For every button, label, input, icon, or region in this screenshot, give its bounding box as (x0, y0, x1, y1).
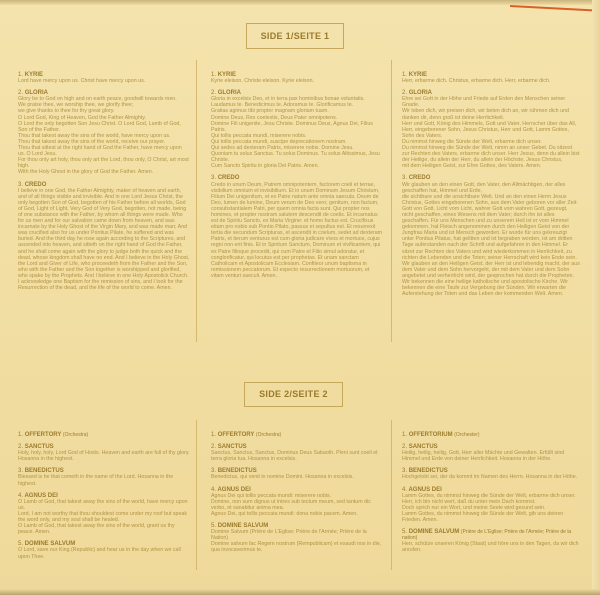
side1-latin-column: 1. KYRIEKyrie eleison. Christe eleison. … (211, 72, 383, 285)
track-title-text: BENEDICTUS (25, 468, 64, 474)
lyric-line: O Lamb of God, that takest away the sins… (18, 499, 190, 511)
track-title-text: OFFERTORY (218, 432, 255, 438)
track-offertory: 1. OFFERTORY (Orchestra) (18, 432, 190, 438)
column-divider (196, 60, 197, 342)
track-title-text: DOMINE SALVUM (218, 523, 269, 529)
track-number: 3. (18, 182, 23, 188)
track-number: 2. (402, 90, 407, 96)
track-gloria: 2. GLORIAGlory be to God on high and on … (18, 90, 190, 175)
lyric-line: mit dem Heiligen Geist, zur Ehre Gottes,… (402, 163, 580, 169)
track-sanctus: 2. SANCTUSHeilig, heilig, heilig, Gott, … (402, 444, 580, 462)
lyric-line: O Lord, save our King (Republic) and hea… (18, 547, 190, 559)
track-title-text: CREDO (25, 182, 47, 188)
lyric-line: Kyrie eleison. Christe eleison. Kyrie el… (211, 78, 383, 84)
track-number: 3. (402, 175, 407, 181)
track-number: 1. (402, 432, 407, 438)
track-kyrie: 1. KYRIEKyrie eleison. Christe eleison. … (211, 72, 383, 84)
lyric-line: visibilium omnium et invisibilium. Et in… (211, 188, 383, 279)
lyric-line: Herr, schütze unseren König (Staat) und … (402, 541, 580, 553)
lyric-line: Herr und Gott, König des Himmels, Gott u… (402, 121, 580, 139)
track-title-text: BENEDICTUS (218, 468, 257, 474)
track-note: (Orchestra) (256, 432, 281, 438)
track-title-text: SANCTUS (218, 444, 247, 450)
track-number: 2. (211, 444, 216, 450)
track-offertory: 1. OFFERTORY (Orchestra) (211, 432, 383, 438)
track-title: 1. OFFERTORY (Orchestra) (18, 432, 190, 438)
track-number: 3. (402, 468, 407, 474)
track-number: 4. (402, 487, 407, 493)
track-domine-salvum: 5. DOMINE SALVUMDomine Salvum (Prière de… (211, 523, 383, 553)
track-note: (Orchestra) (63, 432, 88, 438)
track-title-text: CREDO (218, 175, 240, 181)
lyric-line: Wir glauben an den einen Gott, den Vater… (402, 182, 580, 194)
track-title-text: SANCTUS (25, 444, 54, 450)
track-title-text: DOMINE SALVUM (25, 541, 76, 547)
track-kyrie: 1. KYRIELord have mercy upon us. Christ … (18, 72, 190, 84)
track-title-text: BENEDICTUS (409, 468, 448, 474)
side1-german-column: 1. KYRIEHerr, erbarme dich. Christus, er… (402, 72, 580, 303)
page-bottom-edge (0, 589, 600, 595)
track-number: 2. (18, 90, 23, 96)
side2-english-column: 1. OFFERTORY (Orchestra)2. SANCTUSHoly, … (18, 432, 190, 566)
lyric-line: Lord, I am not worthy that thou shouldes… (18, 511, 190, 523)
track-title-text: CREDO (409, 175, 431, 181)
corner-stripe (510, 5, 600, 12)
track-title-text: GLORIA (218, 90, 241, 96)
track-title-text: KYRIE (25, 72, 43, 78)
liner-notes-page: SIDE 1/SEITE 1 1. KYRIELord have mercy u… (0, 0, 600, 595)
track-credo: 3. CREDOCredo in unum Deum, Patrem omnip… (211, 175, 383, 279)
lyric-line: Cum Sancto Spiritu in gloria Dei Patris.… (211, 163, 383, 169)
lyric-line: Lamm Gottes, du nimmst hinweg die Sünde … (402, 511, 580, 523)
side2-latin-column: 1. OFFERTORY (Orchestra)2. SANCTUSSanctu… (211, 432, 383, 560)
track-title-text: AGNUS DEI (408, 487, 441, 493)
side-2-heading: SIDE 2/SEITE 2 (244, 382, 343, 407)
track-number: 1. (18, 72, 23, 78)
track-benedictus: 3. BENEDICTUSHochgelobt sei, der da komm… (402, 468, 580, 480)
lyric-line: Hochgelobt sei, der da kommt im Namen de… (402, 474, 580, 480)
lyric-line: Du nimmst hinweg die Sünde der Welt, nim… (402, 145, 580, 163)
track-title-text: OFFERTORY (25, 432, 62, 438)
lyric-line: Domine salvum fac Regem nostrum (Rempubl… (211, 541, 383, 553)
track-title-text: DOMINE SALVUM (409, 529, 460, 535)
track-title-text: GLORIA (409, 90, 432, 96)
track-agnus-dei: 4. AGNUS DEIAgnus Dei qui tollis peccata… (211, 487, 383, 517)
track-number: 5. (18, 541, 23, 547)
lyric-line: Sanctus, Sanctus, Sanctus, Dominus Deus … (211, 450, 383, 462)
track-title-text: SANCTUS (409, 444, 438, 450)
lyric-line: With the Holy Ghost in the glory of God … (18, 169, 190, 175)
side-1-heading: SIDE 1/SEITE 1 (246, 23, 344, 49)
track-title-text: AGNUS DEI (217, 487, 250, 493)
lyric-line: Credo in unum Deum, Patrem omnipotentem,… (211, 182, 383, 188)
track-number: 2. (18, 444, 23, 450)
side1-english-column: 1. KYRIELord have mercy upon us. Christ … (18, 72, 190, 297)
lyric-line: Lamm Gottes, du nimmst hinweg die Sünde … (402, 493, 580, 505)
lyric-line: Holy, holy, holy, Lord God of Hosts. Hea… (18, 450, 190, 462)
column-divider (196, 420, 197, 570)
track-title-text: KYRIE (409, 72, 427, 78)
track-benedictus: 3. BENEDICTUSBlessed is he that cometh i… (18, 468, 190, 486)
lyric-line: For thou only art holy, thou only art th… (18, 157, 190, 169)
track-offertorium: 1. OFFERTORIUM (Orchester) (402, 432, 580, 438)
lyric-line: Lord have mercy upon us. Christ have mer… (18, 78, 190, 84)
track-number: 4. (18, 493, 23, 499)
lyric-line: O Lord the only begotten Son Jesu Christ… (18, 121, 190, 133)
track-number: 5. (402, 529, 407, 535)
lyric-line: O Lamb of God, that takest away the sins… (18, 523, 190, 535)
track-number: 5. (211, 523, 216, 529)
track-title-text: OFFERTORIUM (409, 432, 453, 438)
track-title-text: KYRIE (218, 72, 236, 78)
lyric-line: Domine, non sum dignus ut intres sub tec… (211, 499, 383, 511)
track-gloria: 2. GLORIAEhre sei Gott in der Höhe und F… (402, 90, 580, 169)
track-title-text: AGNUS DEI (24, 493, 57, 499)
track-title: 1. OFFERTORY (Orchestra) (211, 432, 383, 438)
track-kyrie: 1. KYRIEHerr, erbarme dich. Christus, er… (402, 72, 580, 84)
lyric-line: Blessed is he that cometh in the name of… (18, 474, 190, 486)
track-domine-salvum: 5. DOMINE SALVUMO Lord, save our King (R… (18, 541, 190, 559)
track-number: 3. (18, 468, 23, 474)
track-number: 4. (211, 487, 216, 493)
track-agnus-dei: 4. AGNUS DEIO Lamb of God, that takest a… (18, 493, 190, 536)
track-number: 1. (402, 72, 407, 78)
track-agnus-dei: 4. AGNUS DEILamm Gottes, du nimmst hinwe… (402, 487, 580, 524)
track-number: 1. (18, 432, 23, 438)
track-credo: 3. CREDOI believe in one God, the Father… (18, 182, 190, 292)
lyric-line: Quoniam tu solus Sanctus. Tu solus Domin… (211, 151, 383, 163)
lyric-line: Domine Salvum (Prière de L'Eglise; Prièr… (211, 529, 383, 541)
lyric-line: Agnus Dei, qui tollis peccata mundi: don… (211, 511, 383, 517)
track-benedictus: 3. BENEDICTUSBenedictus, qui venit in no… (211, 468, 383, 480)
lyric-line: die sichtbare und die unsichtbare Welt. … (402, 194, 580, 298)
column-divider (391, 60, 392, 342)
track-number: 3. (211, 468, 216, 474)
lyric-line: Heilig, heilig, heilig, Gott, Herr aller… (402, 450, 580, 462)
track-note: (Orchester) (454, 432, 479, 438)
page-right-edge (592, 0, 600, 595)
column-divider (391, 420, 392, 570)
track-sanctus: 2. SANCTUSSanctus, Sanctus, Sanctus, Dom… (211, 444, 383, 462)
lyric-line: I believe in one God, the Father Almight… (18, 188, 190, 292)
lyric-line: Ehre sei Gott in der Höhe und Friede auf… (402, 96, 580, 108)
track-title: 5. DOMINE SALVUM (Prière de L'Eglise; Pr… (402, 529, 580, 541)
track-number: 3. (211, 175, 216, 181)
track-credo: 3. CREDOWir glauben an den einen Gott, d… (402, 175, 580, 297)
track-number: 1. (211, 72, 216, 78)
track-sanctus: 2. SANCTUSHoly, holy, holy, Lord God of … (18, 444, 190, 462)
lyric-line: Domine Fili unigenite, Jesu Christe. Dom… (211, 121, 383, 133)
lyric-line: Benedictus, qui venit in nomine Domini. … (211, 474, 383, 480)
track-number: 1. (211, 432, 216, 438)
side2-german-column: 1. OFFERTORIUM (Orchester)2. SANCTUSHeil… (402, 432, 580, 560)
track-gloria: 2. GLORIAGloria in excelsis Deo, et in t… (211, 90, 383, 169)
track-domine-salvum: 5. DOMINE SALVUM (Prière de L'Eglise; Pr… (402, 529, 580, 553)
lyric-line: Herr, erbarme dich. Christus, erbarme di… (402, 78, 580, 84)
track-number: 2. (211, 90, 216, 96)
track-number: 2. (402, 444, 407, 450)
lyric-line: Thou that sittest at the right hand of G… (18, 145, 190, 157)
track-title-text: GLORIA (25, 90, 48, 96)
lyric-line: Wir loben dich, wir preisen dich, wir be… (402, 108, 580, 120)
track-title: 1. OFFERTORIUM (Orchester) (402, 432, 580, 438)
